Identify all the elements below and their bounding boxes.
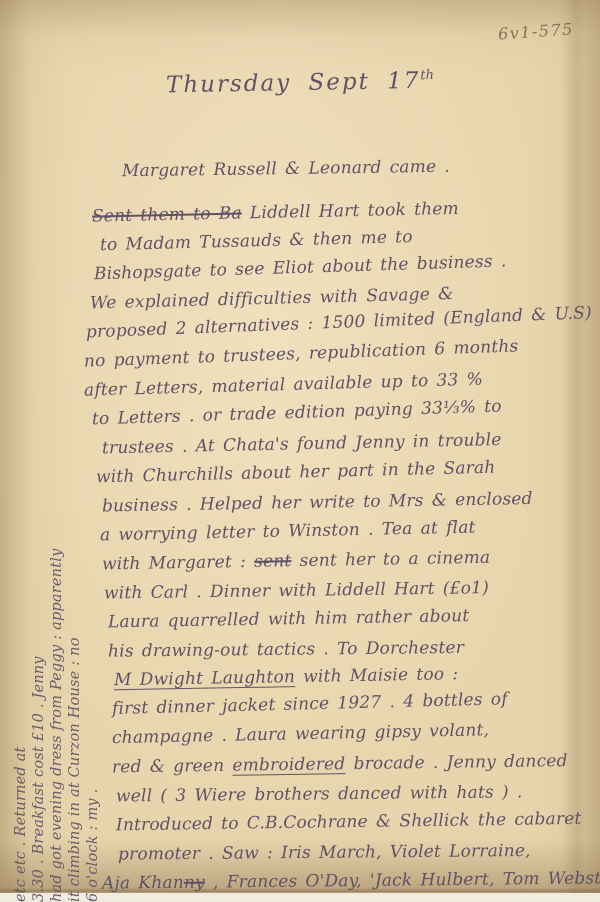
manuscript-segment: Aja Khan bbox=[102, 873, 184, 894]
margin-note-line: had got evening dress from Peggy : appar… bbox=[48, 552, 66, 900]
diary-body-text: Margaret Russell & Leonard came .Sent th… bbox=[72, 148, 592, 899]
manuscript-line: Margaret Russell & Leonard came . bbox=[72, 151, 592, 187]
manuscript-segment: well ( 3 Wiere brothers danced with hats… bbox=[116, 782, 523, 806]
manuscript-segment-strike: Sent them to Ba bbox=[92, 203, 242, 226]
manuscript-segment-strike: sent bbox=[254, 551, 292, 572]
manuscript-segment: Introduced to C.B.Cochrane & Shellick th… bbox=[116, 809, 582, 835]
manuscript-segment: his drawing-out tactics . To Dorchester bbox=[108, 638, 464, 662]
manuscript-segment: with Maisie too : bbox=[295, 664, 459, 687]
manuscript-segment: business . Helped her write to Mrs & enc… bbox=[102, 489, 533, 517]
manuscript-segment: with Carl . Dinner with Liddell Hart (£o… bbox=[104, 578, 489, 603]
margin-note-line: 3.30 . Breakfast cost £10 . Jenny bbox=[30, 552, 48, 900]
margin-note-rotated: etc etc . Returned at3.30 . Breakfast co… bbox=[12, 552, 102, 900]
diary-date-ordinal: th bbox=[420, 68, 434, 83]
margin-note-line: it climbing in at Curzon House : no bbox=[66, 552, 84, 900]
margin-note-line: 6 o'clock : my . bbox=[84, 552, 102, 900]
manuscript-segment: Liddell Hart took them bbox=[242, 199, 459, 224]
manuscript-segment: promoter . Saw : Iris March, Violet Lorr… bbox=[118, 841, 531, 865]
manuscript-segment: Laura quarrelled with him rather about bbox=[108, 606, 470, 632]
manuscript-segment: with Churchills about her part in the Sa… bbox=[96, 458, 496, 488]
manuscript-segment: red & green bbox=[112, 756, 233, 778]
margin-note-line: etc etc . Returned at bbox=[12, 552, 30, 900]
manuscript-segment-underline: embroidered bbox=[232, 754, 345, 776]
diary-date-text: Thursday Sept 17 bbox=[166, 68, 421, 98]
manuscript-segment: champagne . Laura wearing gipsy volant, bbox=[112, 720, 490, 748]
manuscript-segment: first dinner jacket since 1927 . 4 bottl… bbox=[112, 689, 508, 719]
manuscript-segment: with Margaret : bbox=[102, 552, 254, 575]
manuscript-segment: Margaret Russell & Leonard came . bbox=[122, 157, 450, 182]
manuscript-line: Introduced to C.B.Cochrane & Shellick th… bbox=[72, 805, 592, 841]
manuscript-segment: a worrying letter to Winston . Tea at fl… bbox=[100, 518, 476, 546]
manuscript-segment-strike: ny bbox=[184, 873, 205, 893]
manuscript-line: Aja Khanny , Frances O'Day, 'Jack Hulber… bbox=[72, 865, 592, 899]
manuscript-segment: , Frances O'Day, 'Jack Hulbert, Tom Webs… bbox=[205, 868, 600, 892]
manuscript-segment: brocade . Jenny danced bbox=[345, 751, 568, 774]
manuscript-segment: sent her to a cinema bbox=[291, 548, 490, 571]
manuscript-segment-underline: M Dwight Laughton bbox=[114, 667, 295, 690]
